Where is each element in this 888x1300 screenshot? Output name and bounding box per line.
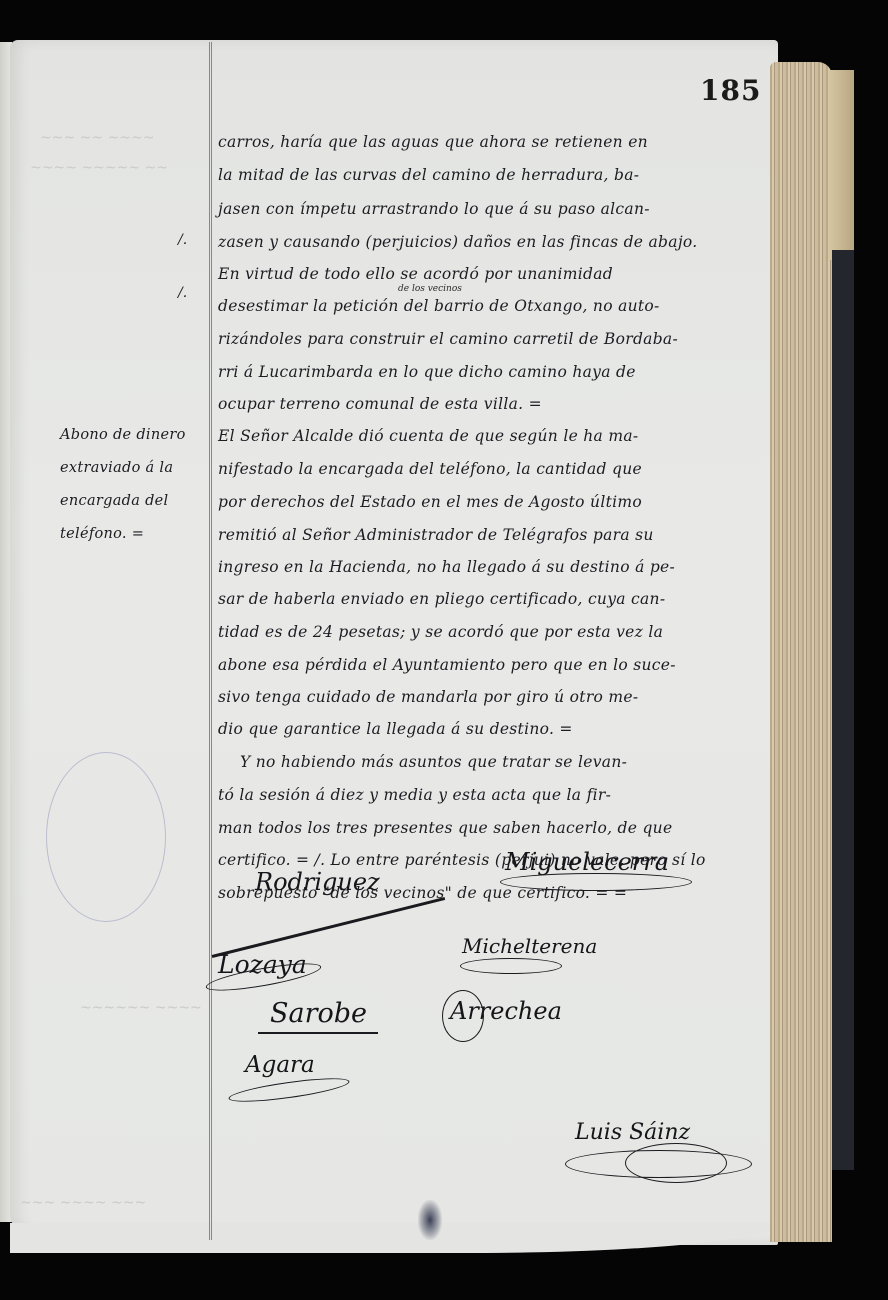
signature-flourish [460, 958, 562, 974]
text-line: En virtud de todo ello se acordó por una… [218, 265, 613, 283]
bleed-through-text: ~~~ ~~ ~~~~ [40, 130, 154, 146]
ledger-page [10, 40, 778, 1245]
text-line: desestimar la petición del barrio de Otx… [218, 297, 660, 315]
page-stack-edge [770, 62, 832, 1242]
text-line: sivo tenga cuidado de mandarla por giro … [218, 688, 638, 706]
margin-note-line: encargada del [60, 493, 168, 509]
text-line: man todos los tres presentes que saben h… [218, 819, 672, 837]
text-line: zasen y causando (perjuicios) daños en l… [218, 233, 698, 251]
margin-note-line: Abono de dinero [60, 427, 186, 443]
text-line: nifestado la encargada del teléfono, la … [218, 460, 642, 478]
text-line: ocupar terreno comunal de esta villa. = [218, 395, 542, 413]
text-line: dio que garantice la llegada á su destin… [218, 720, 573, 738]
bleed-through-text: ~~~~ ~~~~~ ~~ [30, 160, 168, 176]
ink-blot [418, 1200, 442, 1240]
signature-flourish [625, 1143, 727, 1183]
red-margin-rule [209, 42, 212, 1240]
text-line: sar de haberla enviado en pliego certifi… [218, 590, 665, 608]
text-line: carros, haría que las aguas que ahora se… [218, 133, 648, 151]
signature: Luis Sáinz [575, 1120, 690, 1145]
text-line: tó la sesión á diez y media y esta acta … [218, 786, 611, 804]
signature-flourish [258, 1032, 378, 1034]
text-line: ingreso en la Hacienda, no ha llegado á … [218, 558, 675, 576]
text-line: abone esa pérdida el Ayuntamiento pero q… [218, 656, 676, 674]
margin-note-line: teléfono. = [60, 526, 144, 542]
margin-note-line: extraviado á la [60, 460, 173, 476]
signature-flourish [442, 990, 484, 1042]
text-line: Y no habiendo más asuntos que tratar se … [240, 753, 627, 771]
page-number: 185 [700, 74, 761, 107]
text-line: tidad es de 24 pesetas; y se acordó que … [218, 623, 663, 641]
text-line: jasen con ímpetu arrastrando lo que á su… [218, 200, 650, 218]
text-line: remitió al Señor Administrador de Telégr… [218, 526, 654, 544]
ink-stamp-seal [46, 752, 166, 922]
signature: Michelterena [462, 934, 597, 958]
signature: Rodriguez [255, 868, 380, 896]
binding-corner [828, 70, 854, 260]
text-line: la mitad de las curvas del camino de her… [218, 166, 639, 184]
bleed-through-text: ~~~~~~ ~~~~ [80, 1000, 202, 1016]
bleed-through-text: ~~~ ~~~~ ~~~ [20, 1195, 146, 1211]
signature: Sarobe [270, 998, 367, 1029]
text-line: rizándoles para construir el camino carr… [218, 330, 678, 348]
text-line: por derechos del Estado en el mes de Ago… [218, 493, 642, 511]
signature: Miguelecerra [505, 848, 669, 876]
book-cover-edge [832, 250, 854, 1170]
signature: Agara [245, 1052, 315, 1078]
margin-tick-mark: /. [178, 232, 187, 248]
text-line: El Señor Alcalde dió cuenta de que según… [218, 427, 638, 445]
text-line: rri á Lucarimbarda en lo que dicho camin… [218, 363, 636, 381]
ledger-book: ~~~ ~~ ~~~~ ~~~~ ~~~~~ ~~ ~~~~~~ ~~~~ ~~… [0, 0, 888, 1300]
signature-flourish [500, 873, 692, 891]
interlinear-insertion: de los vecinos [398, 284, 462, 294]
margin-tick-mark: /. [178, 285, 187, 301]
